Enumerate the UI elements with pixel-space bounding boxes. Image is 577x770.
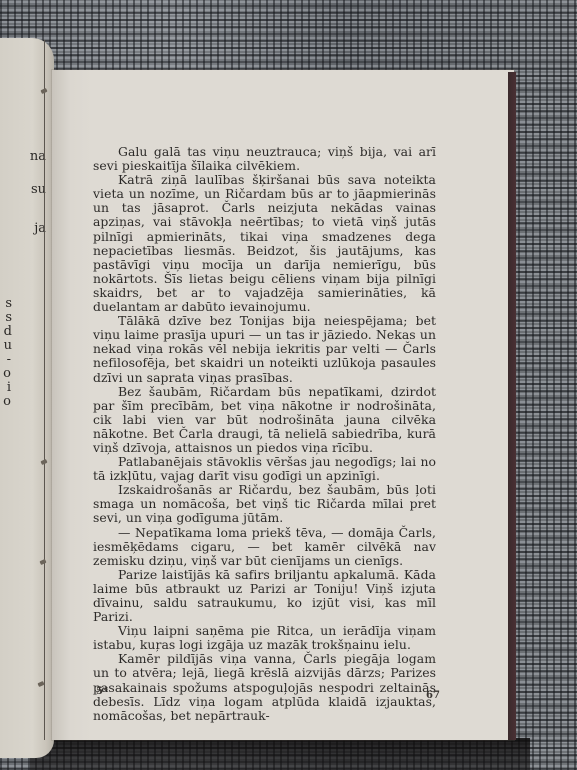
- paragraph: Patlabanējais stāvoklis vēršas jau negod…: [93, 455, 436, 483]
- paragraph: Viņu laipni saņēma pie Ritca, un ierādīj…: [93, 624, 436, 652]
- left-page-fragment: o: [3, 367, 11, 380]
- left-page-fragment: d: [4, 325, 12, 338]
- book-spine-line: [44, 40, 45, 740]
- page-number: 67: [426, 690, 440, 701]
- left-page-fragment: -: [7, 353, 11, 366]
- right-page: Galu galā tas viņu neuztrauca; viņš bija…: [52, 70, 514, 740]
- paragraph: Galu galā tas viņu neuztrauca; viņš bija…: [93, 145, 436, 173]
- left-page-fragment: u: [4, 339, 12, 352]
- left-page-fragment: s: [5, 311, 12, 324]
- left-page-fragment: s: [5, 297, 12, 310]
- left-page-fragment: o: [3, 395, 11, 408]
- paragraph: Bez šaubām, Ričardam būs nepatīkami, dzi…: [93, 385, 436, 455]
- paragraph: Parize laistījās kā safirs briljantu apk…: [93, 568, 436, 624]
- book-cover-edge: [508, 72, 516, 740]
- page-body-text: Galu galā tas viņu neuztrauca; viņš bija…: [93, 145, 436, 723]
- left-page-edge: na su ja s s d u - o i o: [0, 38, 54, 758]
- paragraph: Tālākā dzīve bez Tonijas bija neiespējam…: [93, 314, 436, 384]
- paragraph: Kamēr pildījās viņa vanna, Čarls piegāja…: [93, 652, 436, 722]
- signature-mark: 5*: [96, 686, 108, 697]
- paragraph: Izskaidrošanās ar Ričardu, bez šaubām, b…: [93, 483, 436, 525]
- left-page-fragment: i: [7, 381, 11, 394]
- paragraph: Katrā ziņā laulības šķiršanai būs sava n…: [93, 173, 436, 314]
- book-shadow: [30, 738, 530, 770]
- paragraph: — Nepatīkama loma priekš tēva, — domāja …: [93, 526, 436, 568]
